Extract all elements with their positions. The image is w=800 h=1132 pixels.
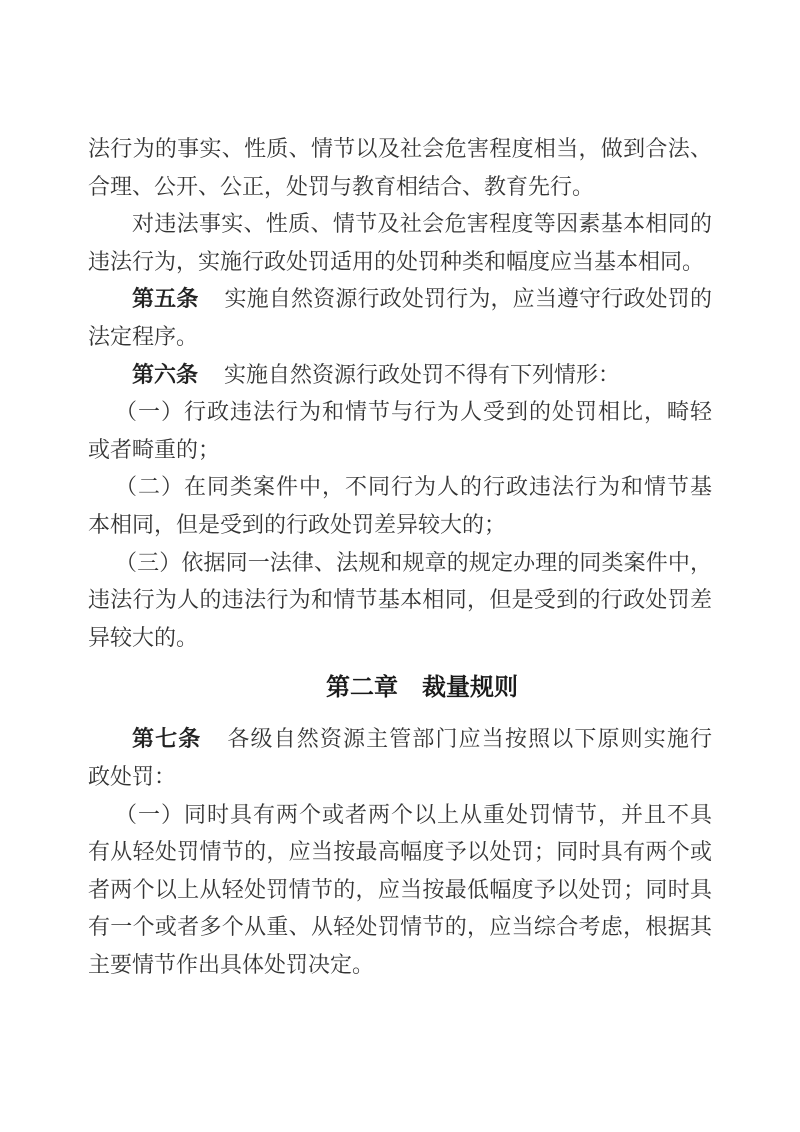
document-text-block: 法行为的事实、性质、情节以及社会危害程度相当，做到合法、 合理、公开、公正，处罚… <box>0 0 800 983</box>
body-text-line: 合理、公开、公正，处罚与教育相结合、教育先行。 <box>88 168 712 206</box>
body-text-line: （一）同时具有两个或者两个以上从重处罚情节，并且不具 <box>88 796 712 834</box>
body-text-line: 者两个以上从轻处罚情节的，应当按最低幅度予以处罚；同时具 <box>88 871 712 909</box>
line-text: （二）在同类案件中，不同行为人的行政违法行为和情节基 <box>115 474 712 499</box>
line-text: （一）行政违法行为和情节与行为人受到的处罚相比，畸轻 <box>115 399 712 424</box>
line-text: 主要情节作出具体处罚决定。 <box>88 952 374 977</box>
body-text-line: 对违法事实、性质、情节及社会危害程度等因素基本相同的 <box>88 205 712 243</box>
line-text: 政处罚： <box>88 764 176 789</box>
line-text: 各级自然资源主管部门应当按照以下原则实施行 <box>227 726 712 751</box>
body-text-line: 本相同，但是受到的行政处罚差异较大的； <box>88 506 712 544</box>
line-text: 违法行为，实施行政处罚适用的处罚种类和幅度应当基本相同。 <box>88 249 704 274</box>
article-number: 第六条 <box>132 362 198 387</box>
line-text: 实施自然资源行政处罚不得有下列情形： <box>224 362 620 387</box>
body-text-line: （三）依据同一法律、法规和规章的规定办理的同类案件中， <box>88 544 712 582</box>
body-text-line: 有一个或者多个从重、从轻处罚情节的，应当综合考虑，根据其 <box>88 908 712 946</box>
body-text-line: 第七条各级自然资源主管部门应当按照以下原则实施行 <box>88 720 712 758</box>
body-text-line: 异较大的。 <box>88 619 712 657</box>
line-text: 或者畸重的； <box>88 437 220 462</box>
line-text: 对违法事实、性质、情节及社会危害程度等因素基本相同的 <box>132 211 712 236</box>
line-text: （一）同时具有两个或者两个以上从重处罚情节，并且不具 <box>115 802 712 827</box>
body-text-line: 法行为的事实、性质、情节以及社会危害程度相当，做到合法、 <box>88 130 712 168</box>
body-text-line: 第五条实施自然资源行政处罚行为，应当遵守行政处罚的 <box>88 280 712 318</box>
body-text-line: 或者畸重的； <box>88 431 712 469</box>
article-number: 第七条 <box>132 726 201 751</box>
body-text-line: 有从轻处罚情节的，应当按最高幅度予以处罚；同时具有两个或 <box>88 833 712 871</box>
body-text-line: 主要情节作出具体处罚决定。 <box>88 946 712 984</box>
line-text: 实施自然资源行政处罚行为，应当遵守行政处罚的 <box>225 286 712 311</box>
line-text: 合理、公开、公正，处罚与教育相结合、教育先行。 <box>88 174 594 199</box>
body-text-line: 第六条实施自然资源行政处罚不得有下列情形： <box>88 356 712 394</box>
body-text-line: （一）行政违法行为和情节与行为人受到的处罚相比，畸轻 <box>88 393 712 431</box>
line-text: 有从轻处罚情节的，应当按最高幅度予以处罚；同时具有两个或 <box>88 839 712 864</box>
line-text: 本相同，但是受到的行政处罚差异较大的； <box>88 512 506 537</box>
document-page: 法行为的事实、性质、情节以及社会危害程度相当，做到合法、 合理、公开、公正，处罚… <box>0 0 800 1132</box>
body-text-line: 违法行为，实施行政处罚适用的处罚种类和幅度应当基本相同。 <box>88 243 712 281</box>
line-text: 违法行为人的违法行为和情节基本相同，但是受到的行政处罚差 <box>88 587 712 612</box>
chapter-heading: 第二章 裁量规则 <box>88 666 712 710</box>
line-text: 有一个或者多个从重、从轻处罚情节的，应当综合考虑，根据其 <box>88 914 712 939</box>
line-text: 异较大的。 <box>88 625 198 650</box>
line-text: 法行为的事实、性质、情节以及社会危害程度相当，做到合法、 <box>88 136 712 161</box>
body-text-line: 法定程序。 <box>88 318 712 356</box>
body-text-line: （二）在同类案件中，不同行为人的行政违法行为和情节基 <box>88 468 712 506</box>
body-text-line: 政处罚： <box>88 758 712 796</box>
body-text-line: 违法行为人的违法行为和情节基本相同，但是受到的行政处罚差 <box>88 581 712 619</box>
article-number: 第五条 <box>132 286 199 311</box>
line-text: （三）依据同一法律、法规和规章的规定办理的同类案件中， <box>115 550 712 575</box>
line-text: 法定程序。 <box>88 324 198 349</box>
line-text: 者两个以上从轻处罚情节的，应当按最低幅度予以处罚；同时具 <box>88 877 712 902</box>
